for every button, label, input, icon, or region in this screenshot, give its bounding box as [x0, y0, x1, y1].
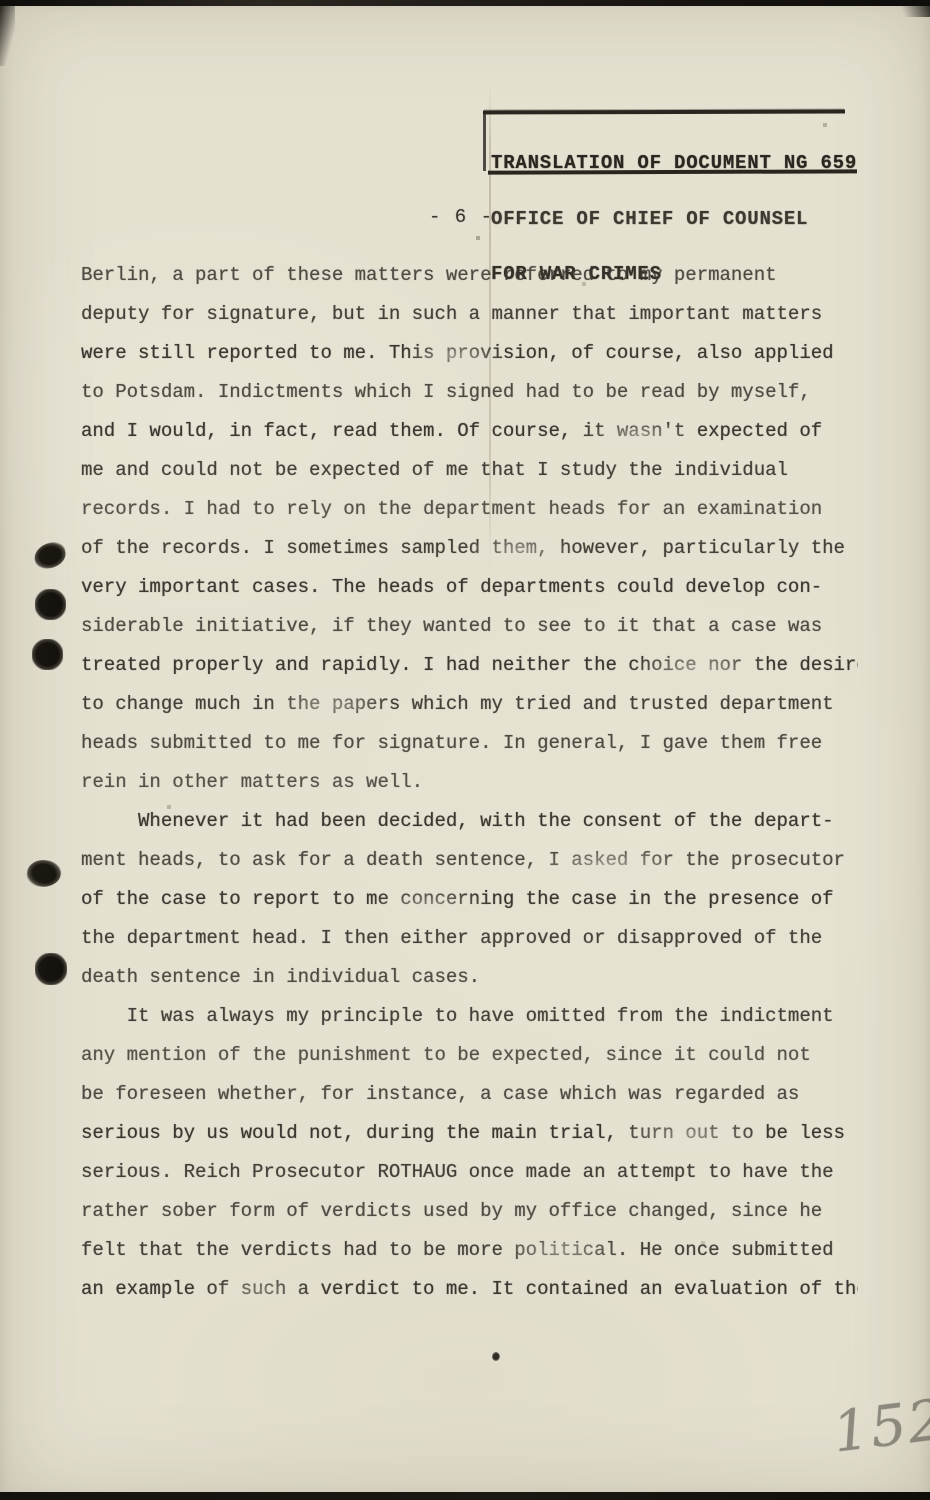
scan-corner-top-left [0, 0, 15, 66]
typed-line: heads submitted to me for signature. In … [81, 724, 858, 763]
typed-line: serious by us would not, during the main… [81, 1114, 858, 1153]
page-number: - 6 - [429, 206, 494, 228]
sheet-number-handwritten: 152 [829, 1387, 930, 1465]
typed-line: an example of such a verdict to me. It c… [81, 1270, 858, 1309]
typed-line: deputy for signature, but in such a mann… [81, 295, 858, 334]
scan-corner-top-right [894, 0, 930, 17]
typed-line: rather sober form of verdicts used by my… [81, 1192, 858, 1231]
typed-line: records. I had to rely on the department… [81, 490, 858, 529]
stray-ink-mark [491, 1351, 501, 1361]
scanned-document-page: TRANSLATION OF DOCUMENT NG 659 OFFICE OF… [0, 0, 930, 1500]
translation-stamp: TRANSLATION OF DOCUMENT NG 659 OFFICE OF… [486, 110, 860, 174]
punch-hole [32, 639, 63, 670]
typed-line: of the records. I sometimes sampled them… [81, 529, 858, 568]
typed-line: ment heads, to ask for a death sentence,… [81, 841, 858, 880]
typed-body: Berlin, a part of these matters were ref… [81, 256, 858, 1336]
punch-hole [35, 589, 66, 620]
typed-line: any mention of the punishment to be expe… [81, 1036, 858, 1075]
punch-hole [35, 953, 67, 985]
ink-smudge [25, 858, 63, 890]
typed-line: the department head. I then either appro… [81, 919, 858, 958]
stamp-border-top [483, 110, 845, 115]
typed-line: and I would, in fact, read them. Of cour… [81, 412, 858, 451]
typed-line: to Potsdam. Indictments which I signed h… [81, 373, 858, 412]
scan-edge-top [0, 0, 930, 6]
typed-line: Berlin, a part of these matters were ref… [81, 256, 858, 295]
typed-line: treated properly and rapidly. I had neit… [81, 646, 858, 685]
typed-line: were still reported to me. This provisio… [81, 334, 858, 373]
typed-line: serious. Reich Prosecutor ROTHAUG once m… [81, 1153, 858, 1192]
typed-line: siderable initiative, if they wanted to … [81, 607, 858, 646]
typed-line: Whenever it had been decided, with the c… [81, 802, 858, 841]
typed-line: felt that the verdicts had to be more po… [81, 1231, 858, 1270]
stamp-border-left [483, 112, 486, 171]
typed-line: death sentence in individual cases. [81, 958, 858, 997]
typed-line: rein in other matters as well. [81, 763, 858, 802]
typed-line: It was always my principle to have omitt… [81, 997, 858, 1036]
typed-line: me and could not be expected of me that … [81, 451, 858, 490]
ink-smudge [31, 540, 68, 572]
typed-line: be foreseen whether, for instance, a cas… [81, 1075, 858, 1114]
stamp-line-2: OFFICE OF CHIEF OF COUNSEL [491, 210, 857, 229]
stamp-line-1: TRANSLATION OF DOCUMENT NG 659 [491, 154, 857, 173]
typed-line: very important cases. The heads of depar… [81, 568, 858, 607]
typed-line: to change much in the papers which my tr… [81, 685, 858, 724]
scan-edge-bottom [0, 1492, 930, 1500]
typed-line: of the case to report to me concerning t… [81, 880, 858, 919]
